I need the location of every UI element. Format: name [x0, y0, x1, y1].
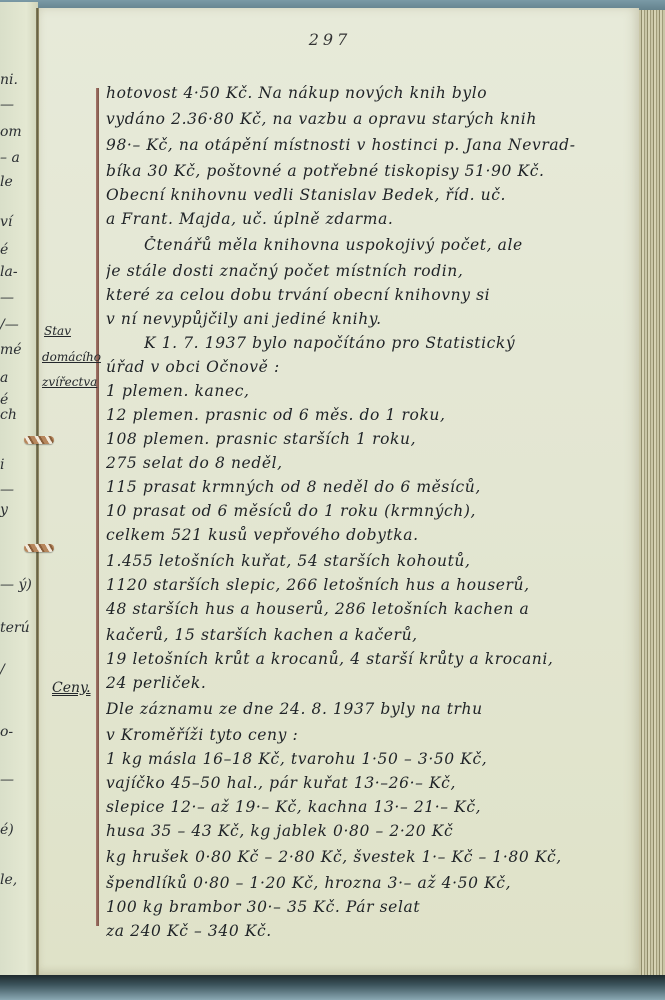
left-page-text: —: [0, 772, 14, 788]
text-line: 1 plemen. kanec,: [106, 382, 651, 400]
left-page-text: mé: [0, 342, 22, 358]
binding-thread: [24, 436, 54, 444]
left-page-text: é: [0, 242, 8, 258]
left-page-text: le,: [0, 872, 17, 888]
left-page-text: —: [0, 97, 14, 113]
text-line: celkem 521 kusů vepřového dobytka.: [106, 526, 651, 544]
text-line: 108 plemen. prasnic starších 1 roku,: [106, 430, 651, 448]
text-line: v Kroměříži tyto ceny :: [106, 726, 651, 744]
left-page-text: i: [0, 457, 4, 473]
left-page-text: ni.: [0, 72, 18, 88]
text-line: za 240 Kč – 340 Kč.: [106, 922, 651, 940]
left-page-text: y: [0, 502, 8, 518]
text-line: husa 35 – 43 Kč, kg jablek 0·80 – 2·20 K…: [106, 822, 651, 840]
left-page-text: la-: [0, 264, 18, 280]
text-line: a Frant. Majda, uč. úplně zdarma.: [106, 210, 651, 228]
left-page-edge: ni. — om – a le ví é la- — /— mé a é ch …: [0, 2, 38, 977]
margin-note-livestock: zvířectva: [42, 375, 97, 389]
text-line: 48 starších hus a houserů, 286 letošních…: [106, 600, 651, 618]
left-page-text: terú: [0, 620, 30, 636]
left-page-text: om: [0, 124, 22, 140]
left-page-text: ch: [0, 407, 17, 423]
text-line: slepice 12·– až 19·– Kč, kachna 13·– 21·…: [106, 798, 651, 816]
margin-rule: [96, 88, 99, 926]
text-line: Dle záznamu ze dne 24. 8. 1937 byly na t…: [106, 700, 651, 718]
text-line: 275 selat do 8 neděl,: [106, 454, 651, 472]
text-line: 1.455 letošních kuřat, 54 starších kohou…: [106, 552, 651, 570]
left-page-text: /—: [0, 317, 19, 333]
text-line: vajíčko 45–50 hal., pár kuřat 13·–26·– K…: [106, 774, 651, 792]
left-page-text: ví: [0, 214, 12, 230]
margin-note-prices: Ceny.: [52, 680, 91, 696]
margin-note-livestock: domácího: [42, 350, 101, 364]
text-line: 1 kg másla 16–18 Kč, tvarohu 1·50 – 3·50…: [106, 750, 651, 768]
text-line: bíka 30 Kč, poštovné a potřebné tiskopis…: [106, 162, 651, 180]
margin-note-livestock: Stav: [44, 324, 71, 338]
text-line: špendlíků 0·80 – 1·20 Kč, hrozna 3·– až …: [106, 874, 651, 892]
left-page-text: é): [0, 822, 14, 838]
text-line: Čtenářů měla knihovna uspokojivý počet, …: [144, 236, 665, 254]
page-number: 297: [300, 30, 360, 49]
text-line: K 1. 7. 1937 bylo napočítáno pro Statist…: [144, 334, 665, 352]
text-line: v ní nevypůjčily ani jediné knihy.: [106, 310, 651, 328]
left-page-text: /: [0, 662, 5, 678]
text-line: úřad v obci Očnově :: [106, 358, 651, 376]
left-page-text: o-: [0, 724, 13, 740]
text-line: kg hrušek 0·80 Kč – 2·80 Kč, švestek 1·–…: [106, 848, 651, 866]
text-line: Obecní knihovnu vedli Stanislav Bedek, ř…: [106, 186, 651, 204]
text-line: kačerů, 15 starších kachen a kačerů,: [106, 626, 651, 644]
text-line: 24 perliček.: [106, 674, 651, 692]
text-line: které za celou dobu trvání obecní knihov…: [106, 286, 651, 304]
left-page-text: – a: [0, 150, 20, 166]
left-page-text: é: [0, 392, 8, 408]
text-line: je stále dosti značný počet místních rod…: [106, 262, 651, 280]
text-line: 10 prasat od 6 měsíců do 1 roku (krmných…: [106, 502, 651, 520]
left-page-text: a: [0, 370, 8, 386]
text-line: 115 prasat krmných od 8 neděl do 6 měsíc…: [106, 478, 651, 496]
left-page-text: —: [0, 482, 14, 498]
left-page-text: —: [0, 290, 14, 306]
text-line: 19 letošních krůt a krocanů, 4 starší kr…: [106, 650, 651, 668]
text-line: hotovost 4·50 Kč. Na nákup nových knih b…: [106, 84, 651, 102]
left-page-text: le: [0, 174, 13, 190]
text-line: 12 plemen. prasnic od 6 měs. do 1 roku,: [106, 406, 651, 424]
book-gutter: [36, 8, 39, 976]
left-page-text: — ý): [0, 577, 32, 593]
text-line: 100 kg brambor 30·– 35 Kč. Pár selat: [106, 898, 651, 916]
text-line: vydáno 2.36·80 Kč, na vazbu a opravu sta…: [106, 110, 651, 128]
background-bottom: [0, 975, 665, 1000]
text-line: 98·– Kč, na otápění místnosti v hostinci…: [106, 136, 651, 154]
text-line: 1120 starších slepic, 266 letošních hus …: [106, 576, 651, 594]
binding-thread: [24, 544, 54, 552]
